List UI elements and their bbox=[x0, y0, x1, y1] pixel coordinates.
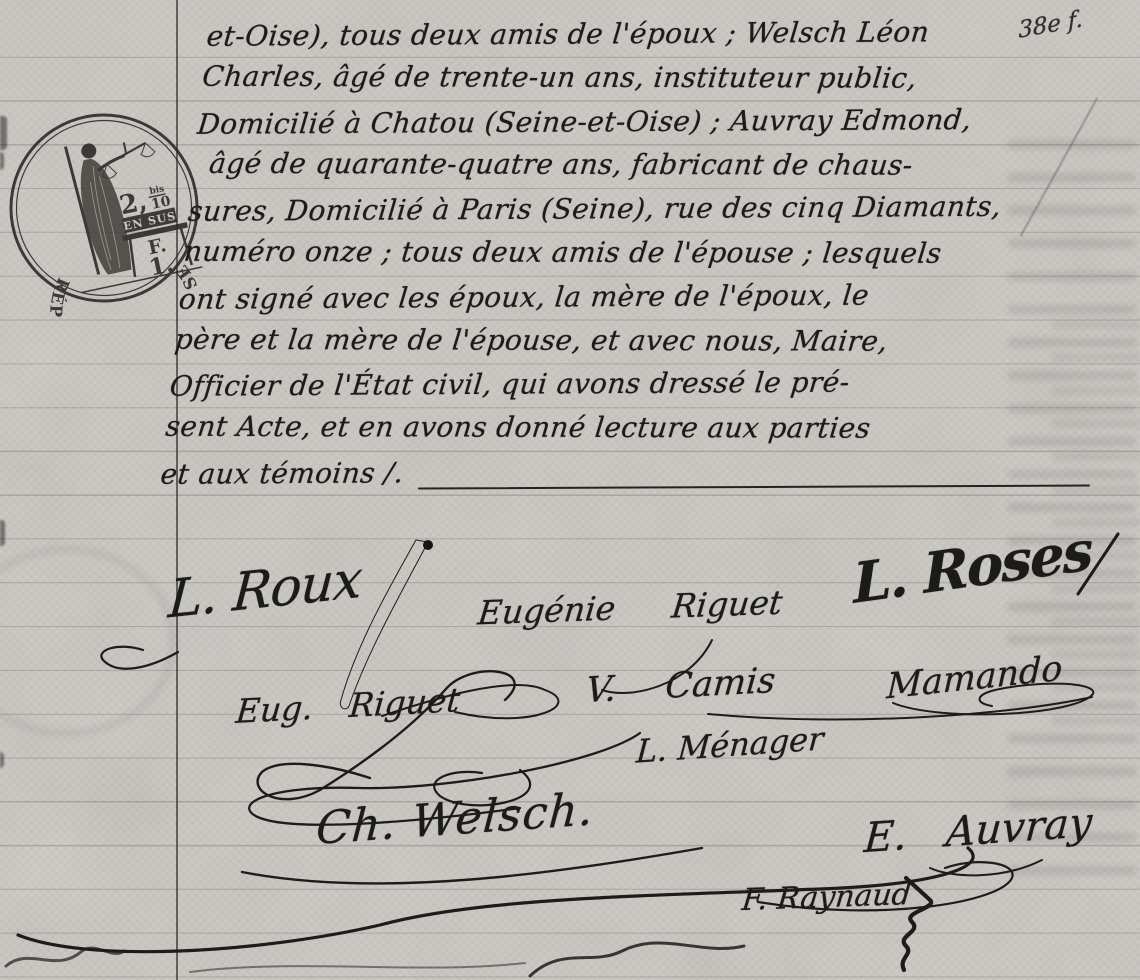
handwritten-line: sures, Domicilié à Paris (Seine), rue de… bbox=[186, 184, 1107, 233]
handwritten-line: et-Oise), tous deux amis de l'époux ; We… bbox=[205, 9, 1126, 58]
scan-edge-mark bbox=[0, 752, 4, 768]
handwritten-line: ont signé avec les époux, la mère de l'é… bbox=[177, 272, 1098, 321]
handwritten-line: Officier de l'État civil, qui avons dres… bbox=[168, 360, 1089, 409]
handwritten-line: sent Acte, et en avons donné lecture aux… bbox=[163, 405, 1083, 451]
franc-value: 1. bbox=[147, 250, 176, 281]
handwritten-line: numéro onze ; tous deux amis de l'épouse… bbox=[182, 230, 1102, 276]
scan-edge-mark bbox=[0, 520, 5, 546]
register-page-scan: RÉPUBLIQUE FRANÇAISE bbox=[0, 0, 1140, 980]
handwritten-line: Domicilié à Chatou (Seine-et-Oise) ; Auv… bbox=[195, 97, 1116, 146]
handwritten-line: et aux témoins /. bbox=[159, 447, 1080, 496]
figure-head bbox=[80, 142, 98, 160]
handwritten-line: Charles, âgé de trente-un ans, institute… bbox=[200, 55, 1120, 101]
handwritten-line: père et la mère de l'épouse, et avec nou… bbox=[173, 317, 1093, 363]
signature-raynaud: F. Raynaud bbox=[740, 877, 913, 918]
act-body-text: et-Oise), tous deux amis de l'époux ; We… bbox=[159, 12, 1126, 494]
handwritten-line: âgé de quarante-quatre ans, fabricant de… bbox=[191, 142, 1111, 188]
